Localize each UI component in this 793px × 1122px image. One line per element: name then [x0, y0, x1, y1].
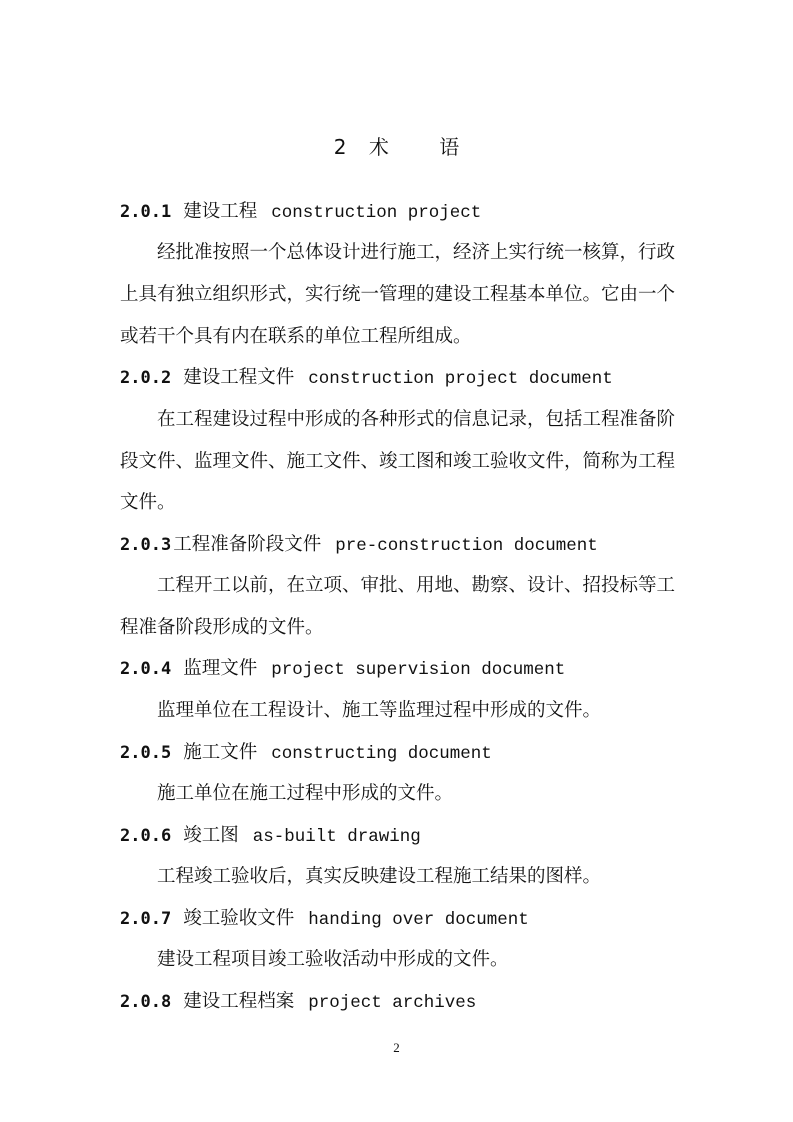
term-en: handing over document: [308, 910, 529, 930]
definition-line: 建设工程项目竣工验收活动中形成的文件。: [157, 948, 509, 972]
term-en: construction project document: [308, 369, 613, 389]
term-en: construction project: [271, 203, 481, 223]
definition-line: 经批准按照一个总体设计进行施工，经济上实行统一核算，行政: [157, 241, 675, 265]
term-heading: 2.0.4监理文件project supervision document: [120, 657, 565, 682]
definition-line: 或若干个具有内在联系的单位工程所组成。: [120, 325, 472, 349]
term-en: project supervision document: [271, 660, 565, 680]
chapter-title: 2 术 语: [0, 131, 793, 160]
term-heading: 2.0.8建设工程档案project archives: [120, 990, 476, 1015]
term-zh: 建设工程文件: [183, 367, 294, 388]
term-number: 2.0.7: [120, 909, 171, 929]
term-heading: 2.0.7竣工验收文件handing over document: [120, 907, 529, 932]
term-zh: 工程准备阶段文件: [173, 534, 321, 555]
definition-line: 在工程建设过程中形成的各种形式的信息记录，包括工程准备阶: [157, 408, 675, 432]
term-heading: 2.0.2建设工程文件construction project document: [120, 366, 613, 391]
chapter-title-part1: 术: [369, 131, 389, 160]
term-heading: 2.0.1建设工程construction project: [120, 200, 481, 225]
chapter-title-part2: 语: [439, 131, 459, 160]
term-heading: 2.0.5施工文件constructing document: [120, 741, 492, 766]
term-zh: 监理文件: [183, 658, 257, 679]
definition-line: 程准备阶段形成的文件。: [120, 616, 324, 640]
definition-line: 工程竣工验收后，真实反映建设工程施工结果的图样。: [157, 865, 601, 889]
definition-line: 工程开工以前，在立项、审批、用地、勘察、设计、招投标等工: [157, 574, 675, 598]
term-en: pre-construction document: [335, 536, 598, 556]
definition-line: 文件。: [120, 491, 176, 515]
term-zh: 施工文件: [183, 742, 257, 763]
term-zh: 竣工图: [183, 825, 239, 846]
term-en: as-built drawing: [253, 827, 421, 847]
term-number: 2.0.3: [120, 535, 171, 555]
term-number: 2.0.1: [120, 202, 171, 222]
term-heading: 2.0.6竣工图as-built drawing: [120, 824, 421, 849]
definition-line: 上具有独立组织形式，实行统一管理的建设工程基本单位。它由一个: [120, 283, 675, 307]
page-number: 2: [0, 1040, 793, 1056]
term-en: constructing document: [271, 744, 492, 764]
term-en: project archives: [308, 993, 476, 1013]
term-number: 2.0.5: [120, 743, 171, 763]
term-number: 2.0.6: [120, 826, 171, 846]
term-heading: 2.0.3工程准备阶段文件pre-construction document: [120, 533, 598, 558]
chapter-number: 2: [334, 135, 347, 159]
term-zh: 建设工程: [183, 201, 257, 222]
term-zh: 竣工验收文件: [183, 908, 294, 929]
definition-line: 施工单位在施工过程中形成的文件。: [157, 782, 453, 806]
term-number: 2.0.4: [120, 659, 171, 679]
term-number: 2.0.8: [120, 992, 171, 1012]
term-zh: 建设工程档案: [183, 991, 294, 1012]
term-number: 2.0.2: [120, 368, 171, 388]
definition-line: 监理单位在工程设计、施工等监理过程中形成的文件。: [157, 699, 601, 723]
definition-line: 段文件、监理文件、施工文件、竣工图和竣工验收文件，简称为工程: [120, 450, 675, 474]
